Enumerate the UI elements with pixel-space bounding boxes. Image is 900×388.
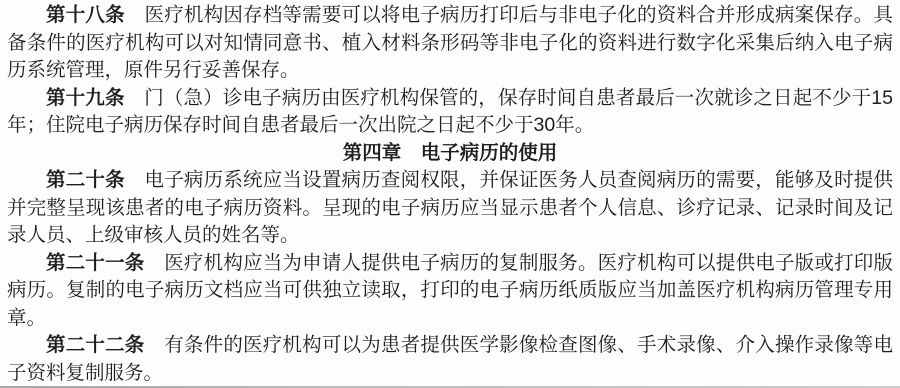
article-20-line-3: 录人员、上级审核人员的姓名等。 (7, 222, 893, 250)
article-18-line-3: 历系统管理，原件另行妥善保存。 (7, 57, 893, 85)
line-text: 并完整呈现该患者的电子病历资料。呈现的电子病历应当显示患者个人信息、诊疗记录、记… (7, 197, 893, 219)
article-20-number: 第二十条 (46, 169, 125, 191)
line-text: 医疗机构应当为申请人提供电子病历的复制服务。医疗机构可以提供电子版或打印版 (145, 252, 893, 274)
article-22-line-1: 第二十二条 有条件的医疗机构可以为患者提供医学影像检查图像、手术录像、介入操作录… (7, 332, 893, 360)
article-19-line-2: 年；住院电子病历保存时间自患者最后一次出院之日起不少于30年。 (7, 112, 893, 140)
line-text: 门（急）诊电子病历由医疗机构保管的，保存时间自患者最后一次就诊之日起不少于15 (125, 87, 893, 109)
article-20-line-2: 并完整呈现该患者的电子病历资料。呈现的电子病历应当显示患者个人信息、诊疗记录、记… (7, 195, 893, 223)
line-text: 录人员、上级审核人员的姓名等。 (7, 224, 300, 246)
line-text: 子资料复制服务。 (7, 362, 163, 384)
article-18-line-1: 第十八条 医疗机构因存档等需要可以将电子病历打印后与非电子化的资料合并形成病案保… (7, 2, 893, 30)
article-18-line-2: 备条件的医疗机构可以对知情同意书、植入材料条形码等非电子化的资料进行数字化采集后… (7, 30, 893, 58)
line-text: 历系统管理，原件另行妥善保存。 (7, 59, 300, 81)
article-21-line-3: 章。 (7, 305, 893, 333)
document-page: 第十八条 医疗机构因存档等需要可以将电子病历打印后与非电子化的资料合并形成病案保… (0, 0, 900, 388)
chapter-heading-text: 第四章 电子病历的使用 (343, 142, 558, 164)
chapter-4-heading: 第四章 电子病历的使用 (7, 140, 893, 168)
article-22-line-2: 子资料复制服务。 (7, 360, 893, 388)
line-text: 病历。复制的电子病历文档应当可供独立读取，打印的电子病历纸质版应当加盖医疗机构病… (7, 279, 893, 301)
line-text: 电子病历系统应当设置病历查阅权限，并保证医务人员查阅病历的需要，能够及时提供 (125, 169, 893, 191)
line-text: 章。 (7, 307, 46, 329)
article-21-number: 第二十一条 (46, 252, 145, 274)
line-text: 备条件的医疗机构可以对知情同意书、植入材料条形码等非电子化的资料进行数字化采集后… (7, 32, 893, 54)
article-21-line-2: 病历。复制的电子病历文档应当可供独立读取，打印的电子病历纸质版应当加盖医疗机构病… (7, 277, 893, 305)
line-text: 医疗机构因存档等需要可以将电子病历打印后与非电子化的资料合并形成病案保存。具 (125, 4, 893, 26)
article-18-number: 第十八条 (46, 4, 125, 26)
line-text: 有条件的医疗机构可以为患者提供医学影像检查图像、手术录像、介入操作录像等电 (145, 334, 893, 356)
article-19-line-1: 第十九条 门（急）诊电子病历由医疗机构保管的，保存时间自患者最后一次就诊之日起不… (7, 85, 893, 113)
line-text: 年；住院电子病历保存时间自患者最后一次出院之日起不少于30年。 (7, 114, 594, 136)
article-20-line-1: 第二十条 电子病历系统应当设置病历查阅权限，并保证医务人员查阅病历的需要，能够及… (7, 167, 893, 195)
article-21-line-1: 第二十一条 医疗机构应当为申请人提供电子病历的复制服务。医疗机构可以提供电子版或… (7, 250, 893, 278)
document-body: 第十八条 医疗机构因存档等需要可以将电子病历打印后与非电子化的资料合并形成病案保… (7, 2, 893, 387)
article-22-number: 第二十二条 (46, 334, 145, 356)
article-19-number: 第十九条 (46, 87, 125, 109)
